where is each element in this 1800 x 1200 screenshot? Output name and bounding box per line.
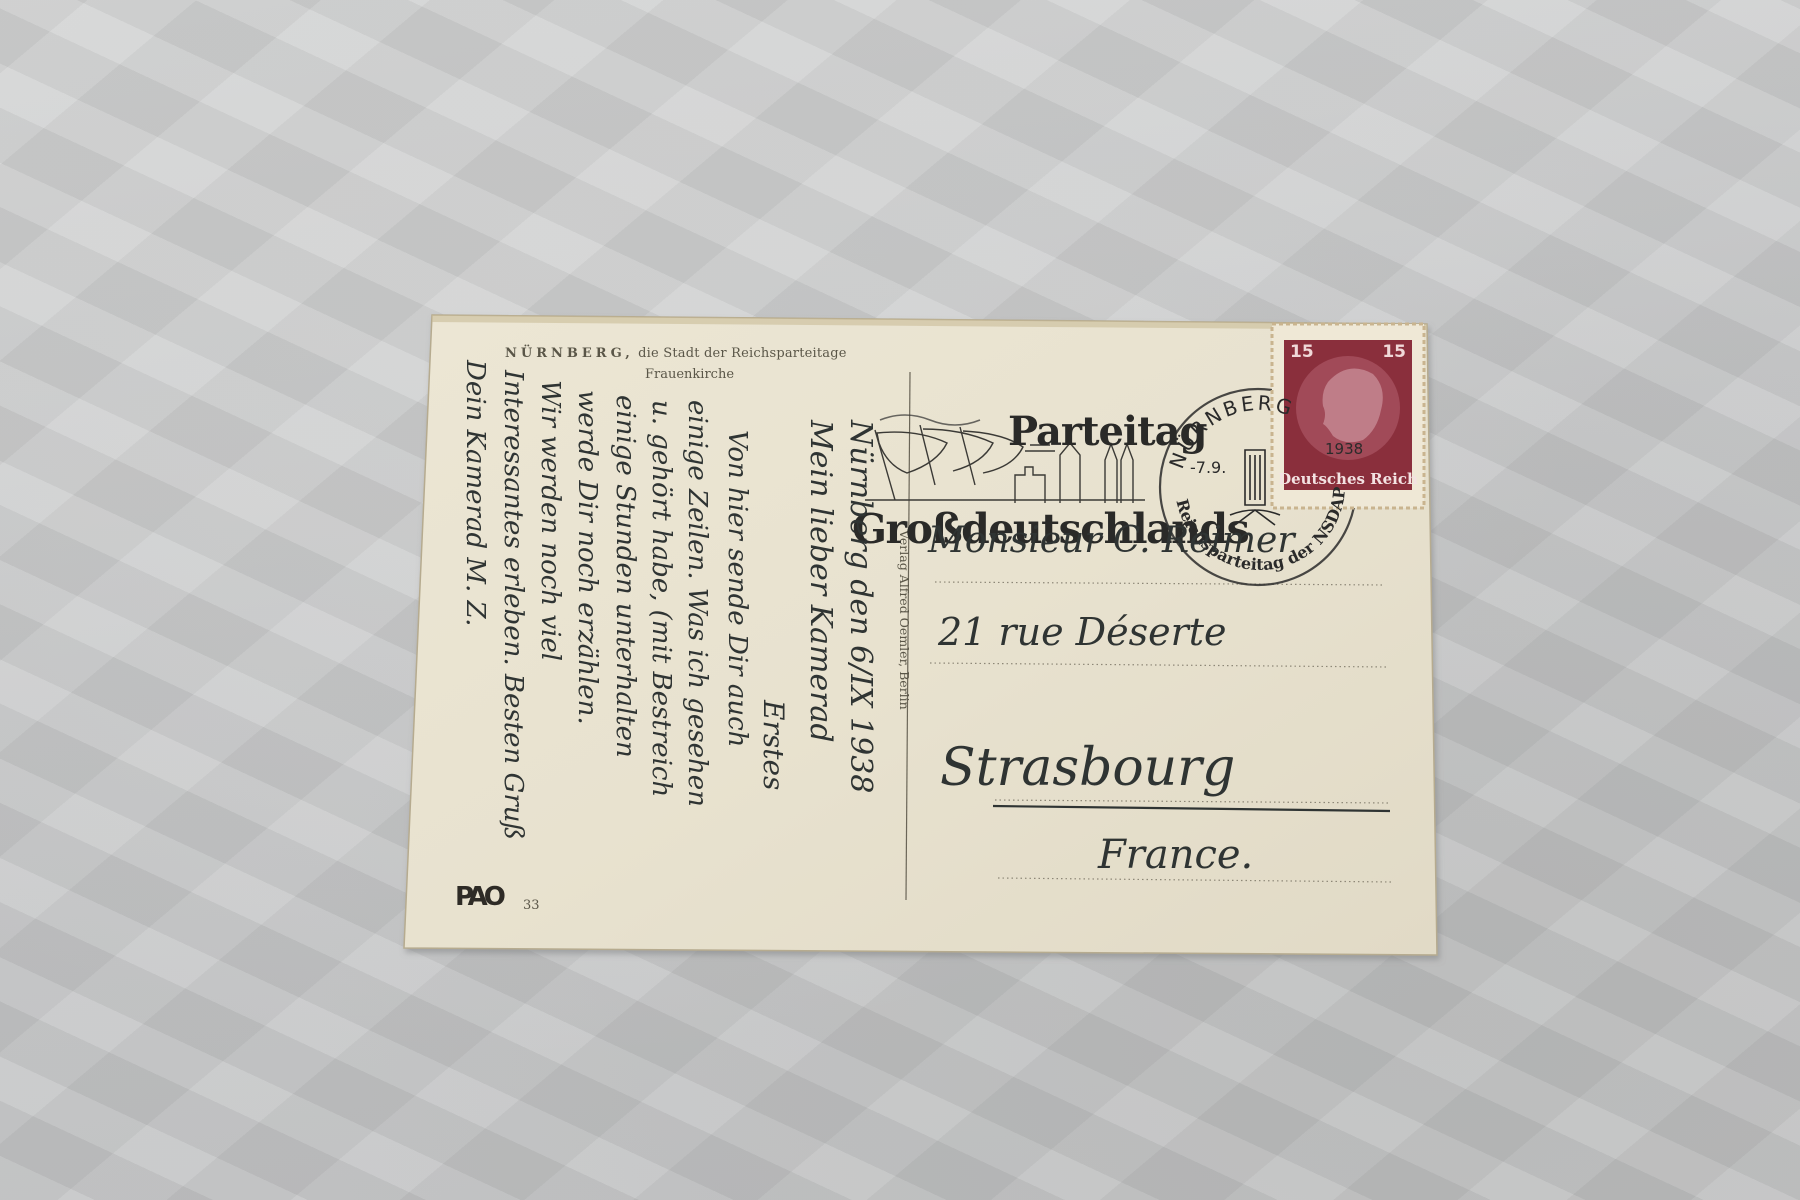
address-city: Strasbourg <box>940 738 1235 798</box>
stamp-value-left: 15 <box>1290 342 1314 362</box>
message-line: Dein Kamerad M. Z. <box>460 360 490 626</box>
printed-header: NÜRNBERG, die Stadt der Reichsparteitage <box>505 346 847 361</box>
eagle-emblem-icon <box>1230 450 1280 525</box>
message-line: Interessantes erleben. Besten Gruß <box>498 370 528 840</box>
message-line: einige Zeilen. Was ich gesehen <box>682 400 712 807</box>
address-street: 21 rue Déserte <box>938 610 1227 654</box>
handwritten-place-date: Nürnberg den 6/IX 1938 <box>843 420 878 793</box>
message-line: werde Dir noch erzählen. <box>572 390 602 725</box>
address-country: France. <box>1098 832 1253 878</box>
handwritten-greeting: Erstes <box>757 700 790 790</box>
header-text: die Stadt der Reichsparteitage <box>638 346 847 361</box>
card-number: 33 <box>523 898 540 913</box>
printed-subheader: Frauenkirche <box>645 367 734 382</box>
stamp-value-right: 15 <box>1382 342 1406 362</box>
address-name: Monsieur C. Reimer <box>928 520 1295 561</box>
message-line: u. gehört habe, (mit Bestreich <box>646 400 676 797</box>
postmark-date: -7.9. <box>1190 458 1226 477</box>
message-line: einige Stunden unterhalten <box>610 395 640 758</box>
postmark-year: 1938 <box>1325 440 1363 458</box>
message-line: Von hier sende Dir auch <box>722 430 752 747</box>
publisher-imprint: Verlag Alfred Oemler, Berlin <box>897 530 912 710</box>
header-city: NÜRNBERG, <box>505 346 634 361</box>
message-line: Wir werden noch viel <box>535 380 565 661</box>
handwritten-salutation: Mein lieber Kamerad <box>803 420 838 743</box>
postmark-text: NÜRNBERG Reichsparteitag der NSDAP <box>1150 380 1370 600</box>
publisher-logo: PAO <box>455 882 502 912</box>
svg-text:NÜRNBERG: NÜRNBERG <box>1164 391 1297 472</box>
